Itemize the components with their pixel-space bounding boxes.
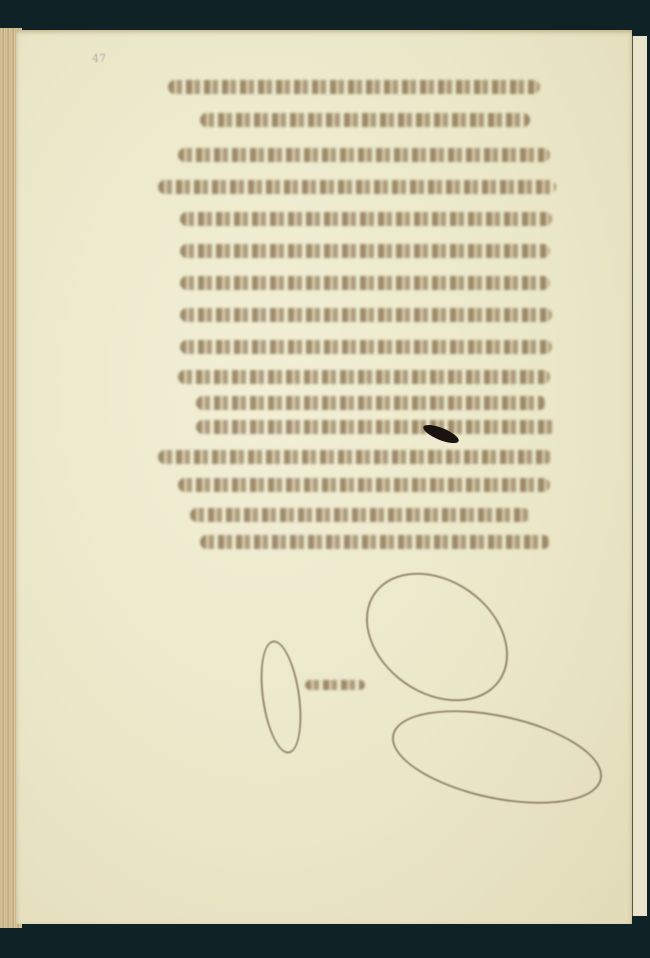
text-line [190,508,530,522]
text-line [180,212,552,226]
text-line [168,80,540,94]
folio-number: 47 [92,52,106,65]
text-line [178,478,550,492]
text-line [196,420,556,434]
text-line [158,450,552,464]
text-line [180,276,550,290]
text-line [180,308,552,322]
text-line [180,340,552,354]
text-line [200,535,550,549]
text-line [196,396,546,410]
text-line [200,113,530,127]
text-line [178,148,550,162]
text-line [180,244,550,258]
right-page-edge [632,36,647,916]
signature-text [305,680,365,690]
text-line [178,370,550,384]
text-line [158,180,556,194]
